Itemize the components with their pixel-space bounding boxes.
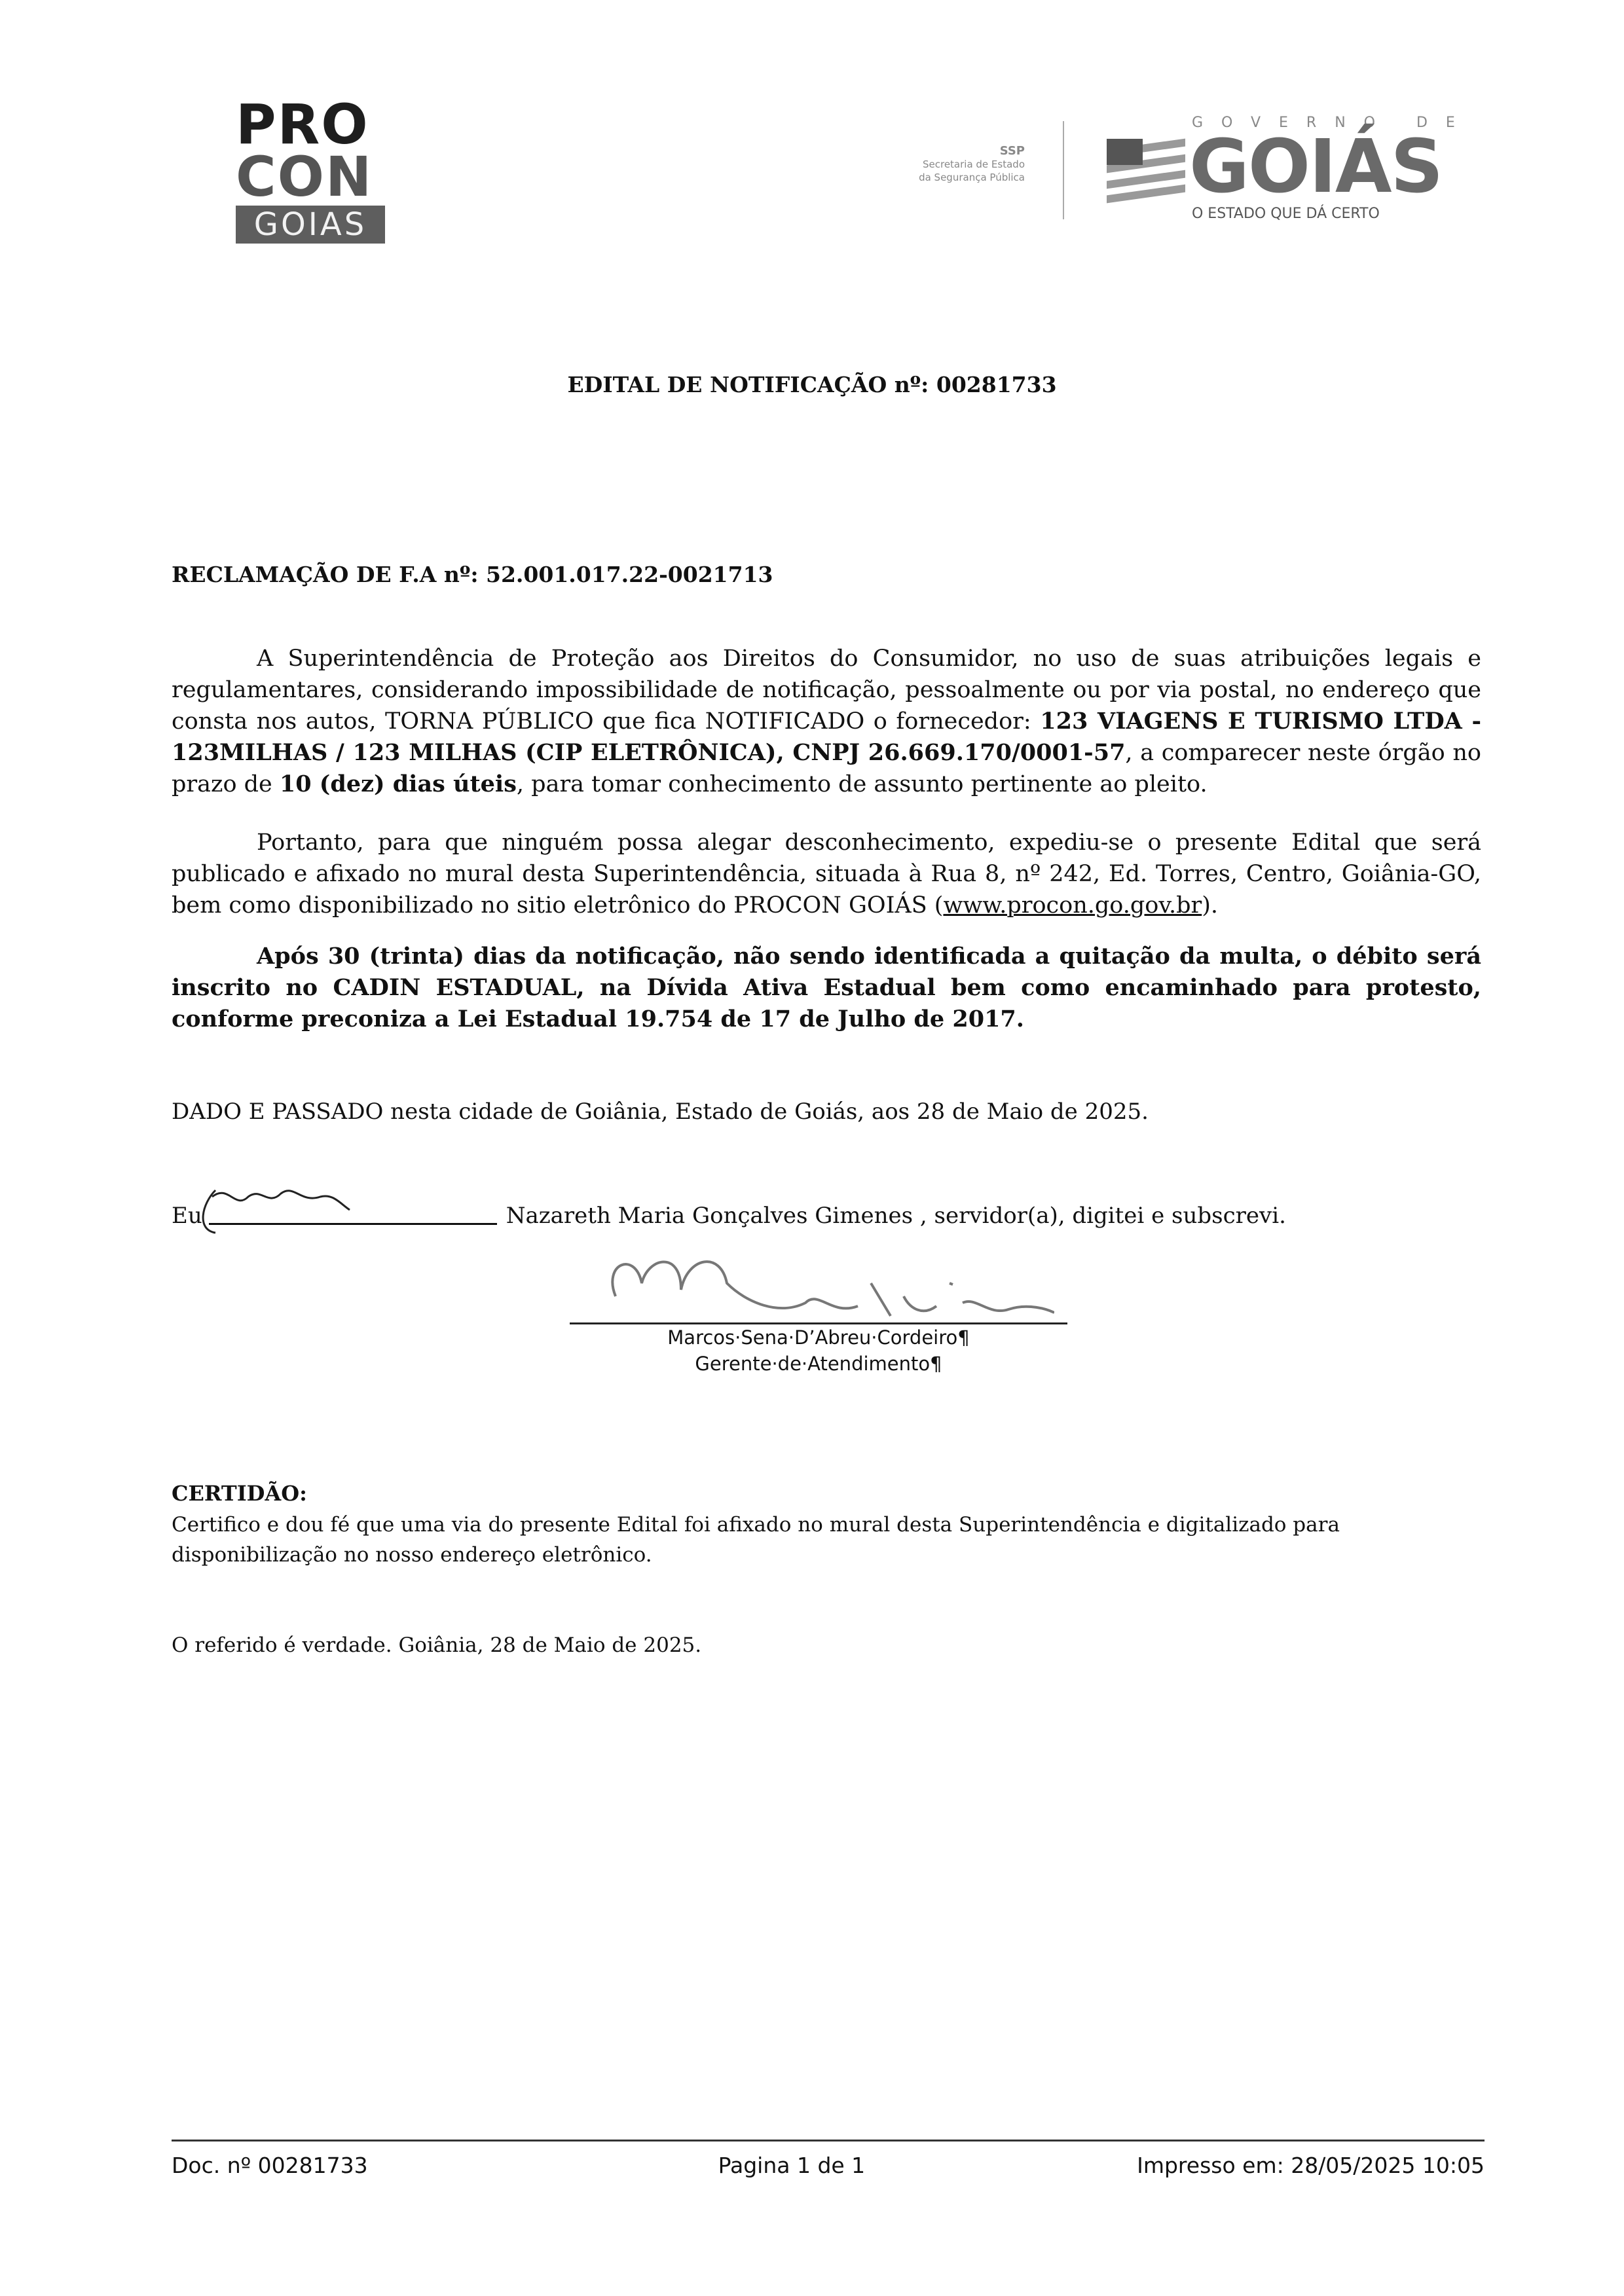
ssp-logo: SSP Secretaria de Estado da Segurança Pú…	[851, 144, 1025, 184]
ssp-line1: Secretaria de Estado	[851, 158, 1025, 171]
notification-paragraph: A Superintendência de Proteção aos Direi…	[172, 643, 1481, 800]
footer-printed-at: Impresso em: 28/05/2025 10:05	[1137, 2153, 1485, 2178]
reclamacao-number: RECLAMAÇÃO DE F.A nº: 52.001.017.22-0021…	[172, 562, 773, 587]
handwritten-signature-icon	[189, 1171, 360, 1243]
gov-logo-name: GOIÁS	[1189, 131, 1442, 203]
handwritten-signature-icon	[596, 1244, 1054, 1329]
dado-e-passado: DADO E PASSADO nesta cidade de Goiânia, …	[172, 1099, 1149, 1125]
p2-text: Portanto, para que ninguém possa alegar …	[172, 829, 1481, 919]
logo-divider	[1063, 121, 1064, 219]
procon-goias-logo: PRO CON GOIAS	[236, 98, 386, 244]
footer-page-number: Pagina 1 de 1	[718, 2153, 866, 2178]
ssp-acronym: SSP	[851, 144, 1025, 158]
page-footer: Doc. nº 00281733 Pagina 1 de 1 Impresso …	[172, 2153, 1485, 2178]
p3-text: Após 30 (trinta) dias da notificação, nã…	[172, 943, 1481, 1032]
procon-logo-goias: GOIAS	[236, 206, 385, 244]
typist-signature	[209, 1184, 497, 1225]
typist-signature-line: Eu Nazareth Maria Gonçalves Gimenes , se…	[172, 1184, 1286, 1229]
document-title: EDITAL DE NOTIFICAÇÃO nº: 00281733	[0, 372, 1624, 397]
p2-end: ).	[1202, 892, 1218, 919]
p1-text-c: , para tomar conhecimento de assunto per…	[517, 771, 1208, 797]
referido-text: O referido é verdade. Goiânia, 28 de Mai…	[172, 1633, 701, 1657]
typist-text: Nazareth Maria Gonçalves Gimenes , servi…	[506, 1203, 1286, 1229]
procon-logo-pro: PRO	[236, 98, 386, 151]
certidao-text: Certifico e dou fé que uma via do presen…	[172, 1510, 1449, 1570]
goias-flag-icon	[1107, 137, 1185, 196]
procon-logo-con: CON	[236, 151, 386, 203]
procon-website-link[interactable]: www.procon.go.gov.br	[943, 892, 1202, 919]
signatory-role: Gerente·de·Atendimento¶	[570, 1351, 1067, 1377]
publication-paragraph: Portanto, para que ninguém possa alegar …	[172, 827, 1481, 921]
certidao-heading: CERTIDÃO:	[172, 1481, 307, 1506]
governo-goias-logo: GOVERNO DE GOIÁS O ESTADO QUE DÁ CERTO	[1107, 115, 1473, 222]
debt-warning-paragraph: Após 30 (trinta) dias da notificação, nã…	[172, 941, 1481, 1035]
footer-doc-number: Doc. nº 00281733	[172, 2153, 368, 2178]
manager-signature-block: Marcos·Sena·D’Abreu·Cordeiro¶ Gerente·de…	[570, 1244, 1067, 1377]
footer-divider	[172, 2140, 1485, 2141]
ssp-line2: da Segurança Pública	[851, 171, 1025, 184]
deadline: 10 (dez) dias úteis	[280, 771, 517, 797]
